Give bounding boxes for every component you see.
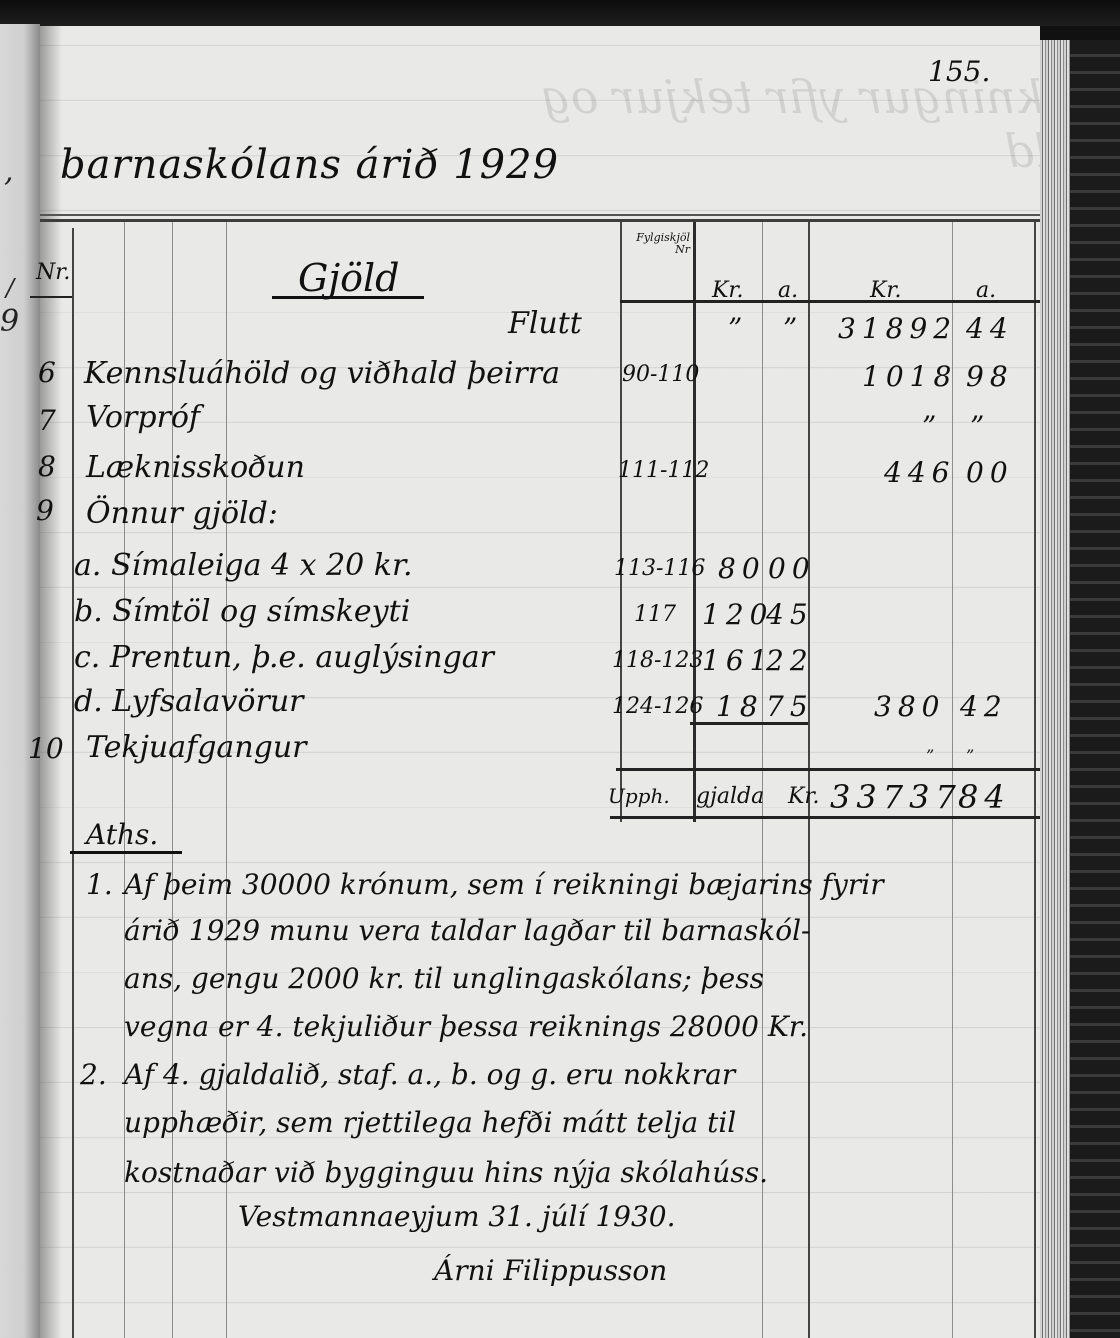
row-voucher: 117 <box>634 602 676 627</box>
description-header-underline <box>272 296 424 299</box>
page-number: 155. <box>928 55 990 88</box>
row-description: Vorpróf <box>86 400 200 435</box>
total-bottom-rule <box>610 816 1040 819</box>
row-nr: 8 <box>38 450 56 483</box>
row-kr1: 120 <box>702 598 773 631</box>
row-voucher: 118-123 <box>612 648 703 673</box>
row-kr2: 446 <box>884 456 955 489</box>
left-page-fragment: , <box>4 154 14 189</box>
nr-header-rule <box>30 296 72 298</box>
row-kr2: 380 <box>874 690 945 723</box>
row-description: Flutt <box>508 306 582 341</box>
row-a1: 75 <box>766 690 814 723</box>
row-kr2: ” <box>926 746 940 765</box>
row-a2: ” <box>970 410 990 443</box>
row-kr1: ” <box>728 312 748 345</box>
title-rule <box>40 214 1040 216</box>
note-line: kostnaðar við bygginguu hins nýja skólah… <box>124 1156 768 1189</box>
row-voucher: 124-126 <box>612 694 703 719</box>
right-margin-line <box>1034 222 1036 1338</box>
row-description: c. Prentun, þ.e. auglýsingar <box>74 640 494 675</box>
row-nr: 10 <box>28 732 64 765</box>
total-top-rule <box>616 768 1040 771</box>
note-line: Af 4. gjaldalið, staf. a., b. og g. eru … <box>124 1058 735 1091</box>
row-description: Önnur gjöld: <box>86 496 278 531</box>
subtotal-rule <box>690 722 808 725</box>
row-description: d. Lyfsalavörur <box>74 684 304 719</box>
signature-name: Árni Filippusson <box>434 1254 667 1287</box>
kr2-column-line <box>808 222 810 1338</box>
total-label-upph: Upph. <box>608 784 670 808</box>
row-a2: 98 <box>966 360 1014 393</box>
note-line: upphæðir, sem rjettilega hefði mátt telj… <box>124 1106 736 1139</box>
signature-place-date: Vestmannaeyjum 31. júlí 1930. <box>238 1200 676 1233</box>
row-kr2: 31892 <box>838 312 957 345</box>
row-a2: 44 <box>966 312 1014 345</box>
row-voucher: 90-110 <box>622 362 699 387</box>
row-kr1: 18 <box>716 690 764 723</box>
left-page-fragment: 9 <box>0 304 19 339</box>
row-a2: 42 <box>960 690 1008 723</box>
nr-header: Nr. <box>36 260 70 285</box>
row-a1: 22 <box>766 644 814 677</box>
table-top-rule <box>40 219 1040 222</box>
ledger-page <box>40 26 1040 1338</box>
row-kr1: 161 <box>702 644 773 677</box>
row-a2: ” <box>966 746 980 765</box>
row-a1: ” <box>783 312 803 345</box>
row-description: Kennsluáhöld og viðhald þeirra <box>84 356 560 391</box>
book-binding <box>1070 40 1120 1338</box>
voucher-column-line <box>620 222 622 822</box>
row-description: Tekjuafgangur <box>86 730 307 765</box>
kr1-column-line <box>693 222 696 822</box>
total-label-gjalda: gjalda <box>696 784 764 809</box>
row-a2: 00 <box>966 456 1014 489</box>
row-description: Læknisskoðun <box>86 450 305 485</box>
row-a1: 45 <box>766 598 814 631</box>
notes-heading: Aths. <box>86 818 158 851</box>
row-kr1: 80 <box>718 552 766 585</box>
voucher-header: Fylgiskjöl Nr <box>622 232 690 256</box>
total-label-kr: Kr. <box>788 784 820 809</box>
note-line: ans, gengu 2000 kr. til unglingaskólans;… <box>124 962 764 995</box>
notes-heading-underline <box>70 851 182 854</box>
page-title: barnaskólans árið 1929 <box>60 142 559 188</box>
row-kr2: 1018 <box>862 360 957 393</box>
total-a: 84 <box>958 778 1011 816</box>
top-shadow <box>0 0 1120 26</box>
note-number: 1. <box>86 868 113 901</box>
note-line: Af þeim 30000 krónum, sem í reikningi bæ… <box>124 868 884 901</box>
left-page-fragment: / <box>6 274 14 302</box>
row-description: b. Símtöl og símskeyti <box>74 594 410 629</box>
row-description: a. Símaleiga 4 x 20 kr. <box>74 548 413 583</box>
row-nr: 6 <box>38 356 56 389</box>
bleed-through-heading: Reikningur yfir tekjur og gjöld <box>520 70 1120 178</box>
left-page-edge: , / 9 <box>0 24 40 1338</box>
note-number: 2. <box>80 1058 107 1091</box>
note-line: vegna er 4. tekjuliður þessa reiknings 2… <box>124 1010 808 1043</box>
header-rule <box>620 300 1040 303</box>
page-gutter-shadow <box>40 26 62 1338</box>
row-voucher: 111-112 <box>618 458 709 483</box>
note-line: árið 1929 munu vera taldar lagðar til ba… <box>124 914 810 947</box>
row-nr: 9 <box>36 494 54 527</box>
page-edge-stack <box>1040 40 1070 1338</box>
row-a1: 00 <box>768 552 816 585</box>
nr-column-line <box>72 228 74 1338</box>
total-kr: 33737 <box>830 778 962 816</box>
row-kr2: ” <box>922 410 942 443</box>
description-header: Gjöld <box>298 256 400 300</box>
row-nr: 7 <box>38 404 56 437</box>
row-voucher: 113-116 <box>614 556 705 581</box>
